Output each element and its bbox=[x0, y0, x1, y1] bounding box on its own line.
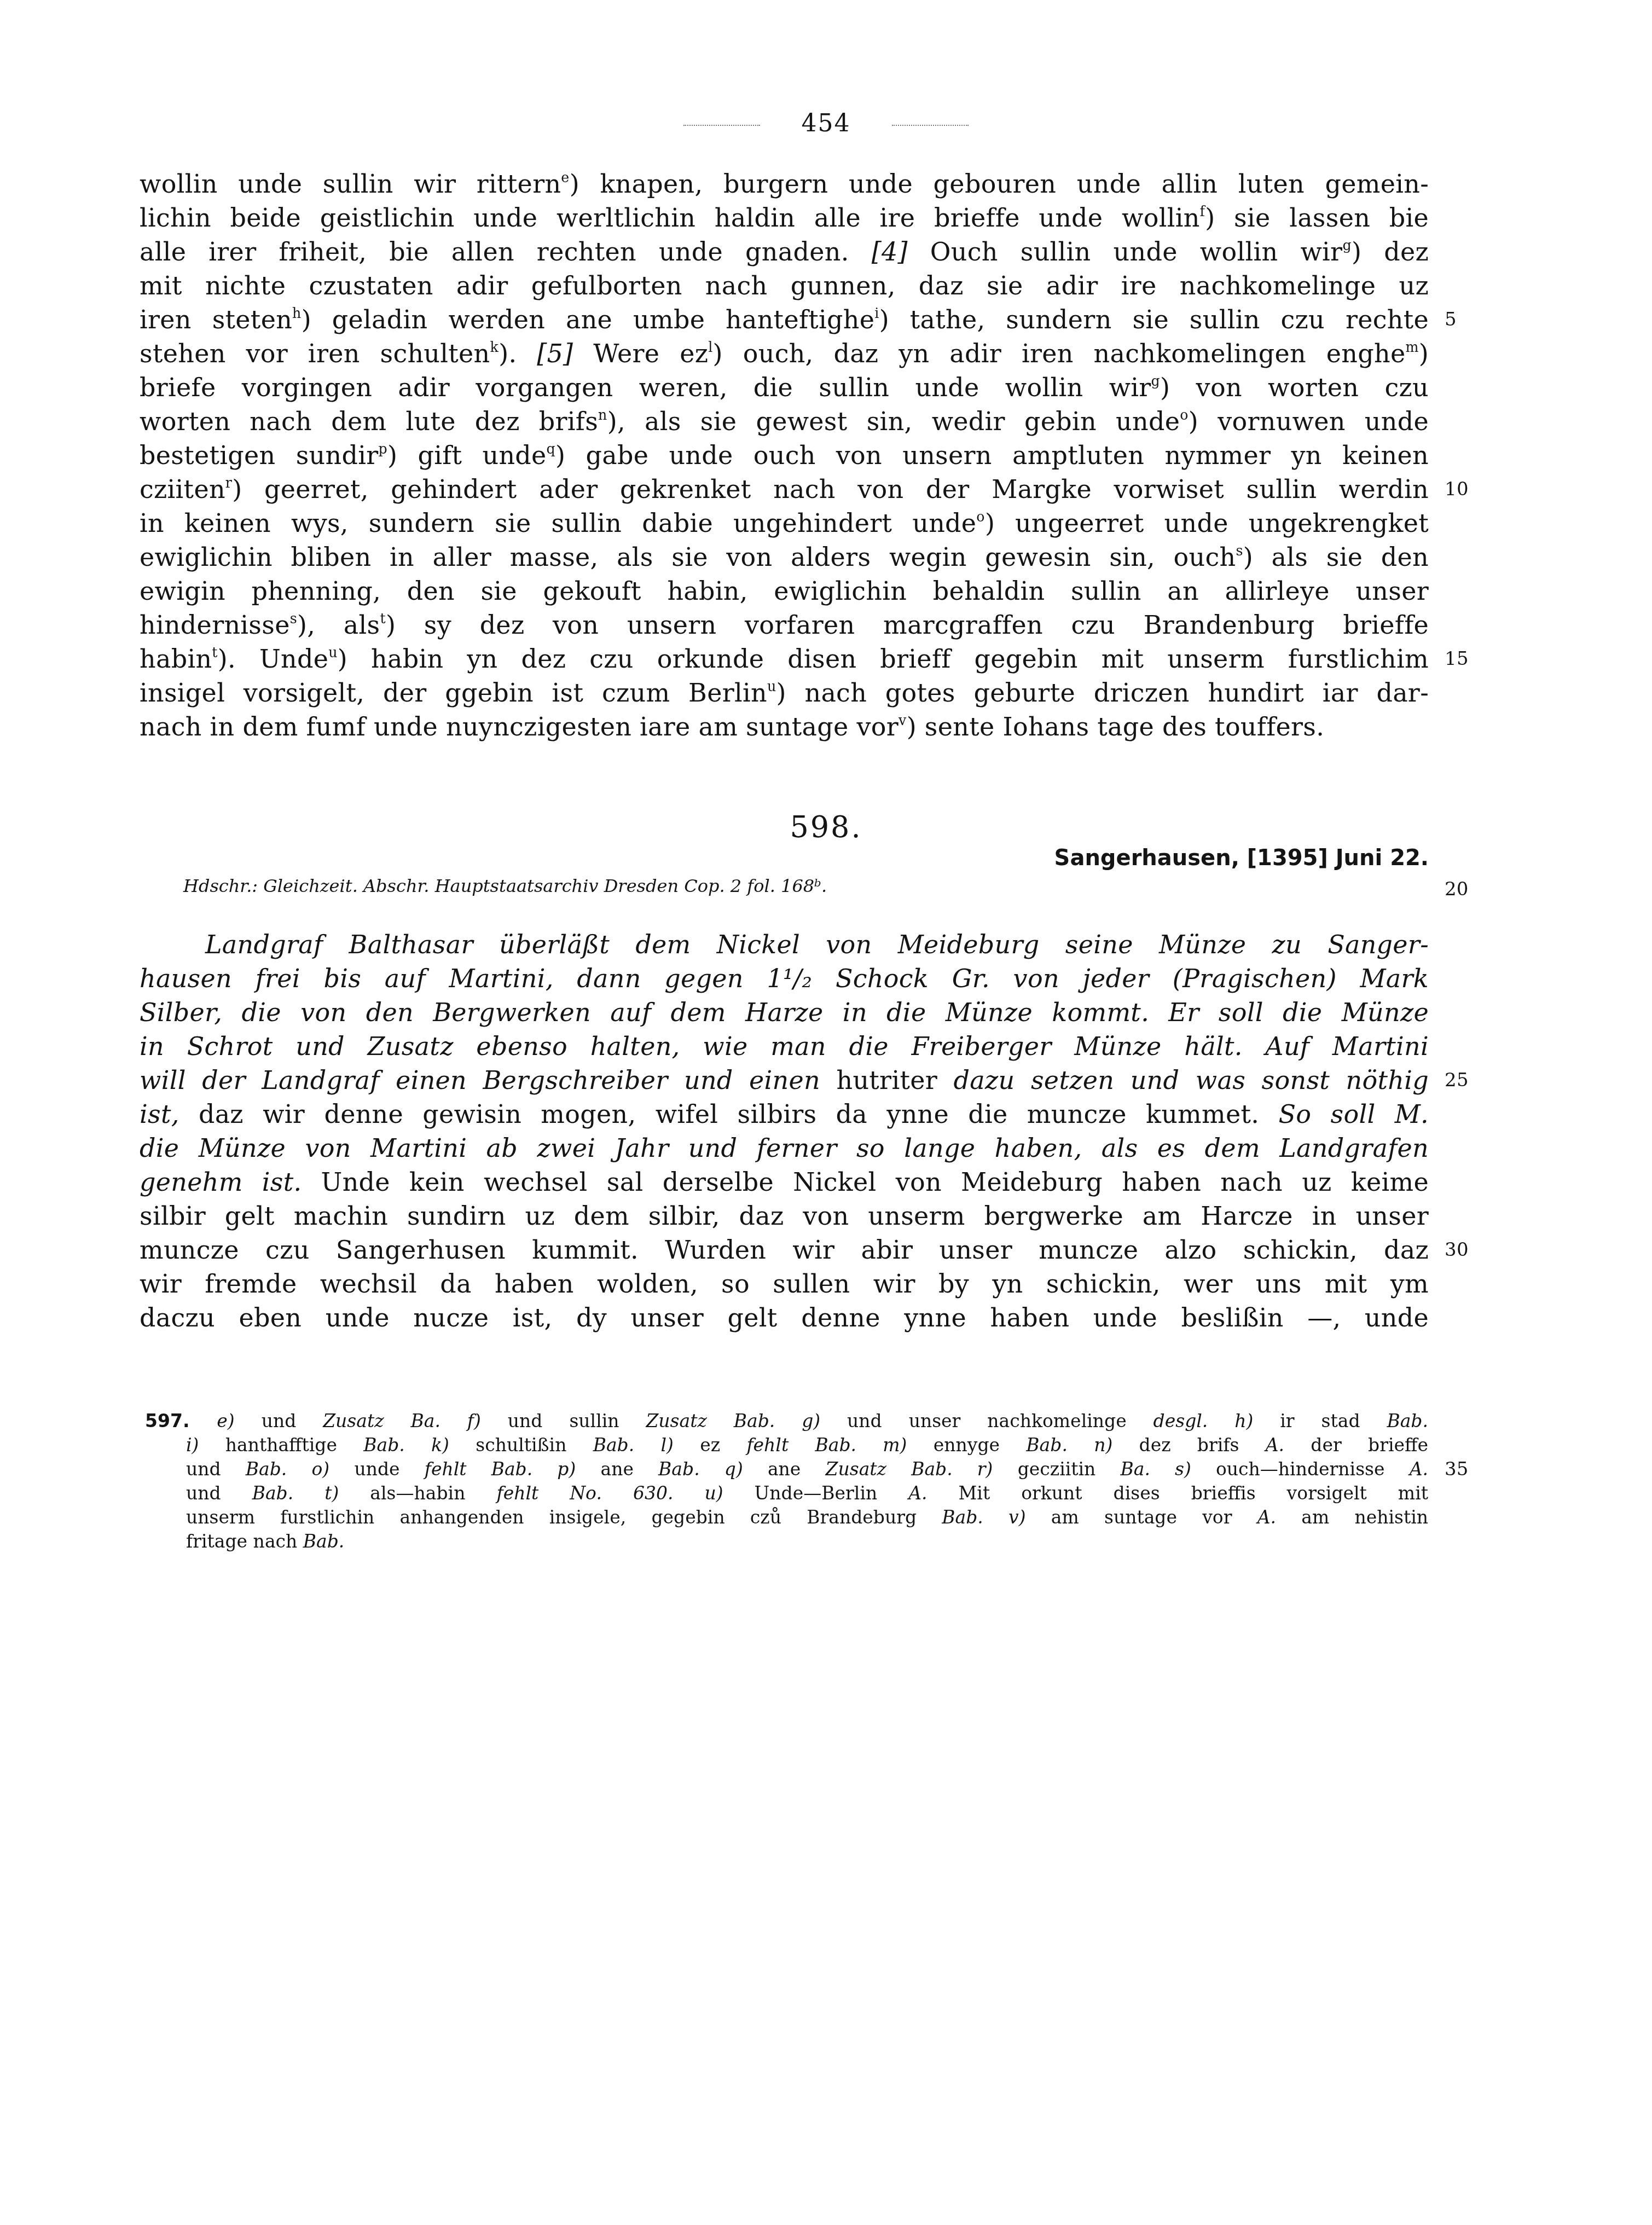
footnote-line: unserm furstlichin anhangenden insigele,… bbox=[186, 1505, 1428, 1529]
text-run: ane bbox=[743, 1458, 826, 1480]
text-run: wollin unde sullin wir rittern bbox=[140, 169, 561, 199]
text-line: bestetigen sundirp) gift undeq) gabe und… bbox=[140, 438, 1429, 472]
text-line: Landgraf Balthasar überläßt dem Nickel v… bbox=[140, 928, 1429, 961]
footnote-marker: e bbox=[561, 170, 569, 186]
text-run: ewiglichin bliben in aller masse, als si… bbox=[140, 542, 1236, 572]
italic-text: A. bbox=[908, 1482, 927, 1504]
text-run: am nehistin bbox=[1276, 1506, 1428, 1528]
text-run bbox=[673, 1482, 704, 1504]
text-run: iren steten bbox=[140, 305, 292, 334]
text-line: ewigin phenning, den sie gekouft habin, … bbox=[140, 574, 1429, 608]
footnote-marker: s bbox=[1236, 543, 1243, 559]
footnote-marker: r bbox=[225, 475, 232, 491]
footnote-line: und Bab. t) als—habin fehlt No. 630. u) … bbox=[186, 1481, 1428, 1505]
header-rule-left bbox=[683, 125, 760, 126]
text-line: iren stetenh) geladin werden ane umbe ha… bbox=[140, 303, 1429, 337]
text-run: ) gabe unde ouch von unsern amptluten ny… bbox=[555, 441, 1429, 470]
italic-text: ist, bbox=[140, 1099, 179, 1129]
footnote-marker: s bbox=[290, 611, 297, 627]
text-line: mit nichte czustaten adir gefulborten na… bbox=[140, 269, 1429, 303]
footnote-marker: q bbox=[547, 441, 556, 457]
text-line: nach in dem fumf unde nuynczigesten iare… bbox=[140, 710, 1429, 744]
text-line: habint). Undeu) habin yn dez czu orkunde… bbox=[140, 642, 1429, 676]
footnote-line: i) hanthafftige Bab. k) schultißin Bab. … bbox=[186, 1433, 1428, 1457]
text-line: Silber, die von den Bergwerken auf dem H… bbox=[140, 995, 1429, 1029]
italic-text: Bab. bbox=[363, 1434, 405, 1456]
text-line: ewiglichin bliben in aller masse, als si… bbox=[140, 540, 1429, 574]
text-run: ir stad bbox=[1253, 1410, 1387, 1432]
text-run: als—habin bbox=[339, 1482, 496, 1504]
footnote-marker: l bbox=[708, 339, 712, 355]
text-run: am suntage vor bbox=[1026, 1506, 1257, 1528]
text-run: briefe vorgingen adir vorgangen weren, d… bbox=[140, 373, 1151, 402]
text-run: insigel vorsigelt, der ggebin ist czum B… bbox=[140, 678, 767, 708]
text-line: wir fremde wechsil da haben wolden, so s… bbox=[140, 1267, 1429, 1301]
italic-text: in Schrot und Zusatz ebenso halten, wie … bbox=[140, 1032, 1429, 1061]
text-line: genehm ist. Unde kein wechsel sal dersel… bbox=[140, 1165, 1429, 1199]
text-run: dez brifs bbox=[1112, 1434, 1265, 1456]
footnote-marker: p bbox=[378, 441, 387, 457]
text-run: ). Unde bbox=[218, 644, 328, 674]
text-run: lichin beide geistlichin unde werltlichi… bbox=[140, 203, 1200, 233]
italic-text: t) bbox=[324, 1482, 339, 1504]
italic-text: i) bbox=[186, 1434, 199, 1456]
text-run: ) dez bbox=[1352, 237, 1429, 266]
italic-text: will der Landgraf einen Bergschreiber un… bbox=[140, 1065, 820, 1095]
text-run: ) sie lassen bie bbox=[1205, 203, 1429, 233]
text-run: ennyge bbox=[907, 1434, 1026, 1456]
italic-text: v) bbox=[1008, 1506, 1026, 1528]
text-line: in Schrot und Zusatz ebenso halten, wie … bbox=[140, 1029, 1429, 1063]
footnote-marker: o bbox=[1180, 407, 1189, 423]
italic-text: Zusatz Ba. bbox=[323, 1410, 440, 1432]
footnote-marker: i bbox=[874, 305, 879, 321]
text-run: bestetigen sundir bbox=[140, 441, 378, 470]
italic-text: u) bbox=[704, 1482, 723, 1504]
italic-text: Ba. bbox=[1120, 1458, 1150, 1480]
text-run: ) nach gotes geburte driczen hundirt iar… bbox=[776, 678, 1429, 708]
text-run: unde bbox=[329, 1458, 424, 1480]
italic-text: r) bbox=[977, 1458, 993, 1480]
text-run: ane bbox=[576, 1458, 658, 1480]
footnote-line: 597. e) und Zusatz Ba. f) und sullin Zus… bbox=[145, 1409, 1428, 1433]
italic-text: die Münze von Martini ab zwei Jahr und f… bbox=[140, 1133, 1429, 1163]
italic-text: fehlt No. 630. bbox=[496, 1482, 673, 1504]
italic-text: fehlt Bab. bbox=[746, 1434, 856, 1456]
text-run: in keinen wys, sundern sie sullin dabie … bbox=[140, 508, 976, 538]
text-run: ) gift unde bbox=[387, 441, 547, 470]
italic-text: So soll M. bbox=[1278, 1099, 1429, 1129]
italic-text: e) bbox=[217, 1410, 234, 1432]
text-run: ) von worten czu bbox=[1160, 373, 1429, 402]
text-line: cziitenr) geerret, gehindert ader gekren… bbox=[140, 472, 1429, 506]
previous-document-text: wollin unde sullin wir ritterne) knapen,… bbox=[140, 167, 1429, 744]
text-run: Unde kein wechsel sal derselbe Nickel vo… bbox=[302, 1167, 1429, 1197]
footnote-marker: m bbox=[1405, 339, 1418, 355]
text-run: ) geladin werden ane umbe hanteftighe bbox=[302, 305, 875, 334]
footnote-marker: h bbox=[292, 305, 302, 321]
document-number: 598. bbox=[0, 810, 1652, 844]
text-line: silbir gelt machin sundirn uz dem silbir… bbox=[140, 1199, 1429, 1233]
text-run bbox=[634, 1434, 660, 1456]
italic-text: hausen frei bis auf Martini, dann gegen … bbox=[140, 964, 1429, 993]
text-line: hindernisses), alst) sy dez von unsern v… bbox=[140, 608, 1429, 642]
italic-text: fehlt Bab. bbox=[425, 1458, 533, 1480]
italic-text: o) bbox=[311, 1458, 329, 1480]
footnote-marker: v bbox=[899, 712, 907, 728]
italic-text: desgl. bbox=[1153, 1410, 1208, 1432]
text-run: daczu eben unde nucze ist, dy unser gelt… bbox=[140, 1303, 1429, 1332]
page-header: 454 bbox=[0, 109, 1652, 137]
text-run: habin bbox=[140, 644, 212, 674]
text-run: ) knapen, burgern unde gebouren unde all… bbox=[570, 169, 1429, 199]
text-run: muncze czu Sangerhusen kummit. Wurden wi… bbox=[140, 1235, 1429, 1265]
text-run: fritage nach bbox=[186, 1531, 303, 1552]
manuscript-source: Hdschr.: Gleichzeit. Abschr. Hauptstaats… bbox=[183, 876, 827, 896]
page-number: 454 bbox=[802, 109, 851, 137]
text-run: ) ungeerret unde ungekrengket bbox=[985, 508, 1429, 538]
text-run: ) bbox=[1419, 339, 1429, 368]
text-line: briefe vorgingen adir vorgangen weren, d… bbox=[140, 370, 1429, 404]
text-run: hutriter bbox=[820, 1065, 954, 1095]
text-line: alle irer friheit, bie allen rechten und… bbox=[140, 235, 1429, 269]
text-run: alle irer friheit, bie allen rechten und… bbox=[140, 237, 872, 266]
text-line: ist, daz wir denne gewisin mogen, wifel … bbox=[140, 1097, 1429, 1131]
text-line: stehen vor iren schultenk). [5] Were ezl… bbox=[140, 337, 1429, 370]
italic-text: Bab. bbox=[942, 1506, 983, 1528]
line-number: 25 bbox=[1445, 1063, 1469, 1097]
italic-text: Silber, die von den Bergwerken auf dem H… bbox=[140, 998, 1429, 1027]
document-page: 454 wollin unde sullin wir ritterne) kna… bbox=[0, 0, 1652, 2225]
italic-text: l) bbox=[660, 1434, 673, 1456]
text-run bbox=[405, 1434, 431, 1456]
footnote-marker: u bbox=[767, 679, 776, 694]
footnote-marker: g bbox=[1342, 237, 1352, 253]
italic-text: k) bbox=[431, 1434, 449, 1456]
text-run: hindernisse bbox=[140, 610, 290, 640]
text-run: und bbox=[186, 1482, 252, 1504]
italic-text: Bab. bbox=[1387, 1410, 1428, 1432]
footnote-document-ref: 597. bbox=[145, 1410, 217, 1432]
document-dateline: Sangerhausen, [1395] Juni 22. bbox=[1054, 845, 1429, 871]
text-run: ). bbox=[499, 339, 537, 368]
italic-text: n) bbox=[1094, 1434, 1112, 1456]
text-run bbox=[983, 1506, 1008, 1528]
text-line: worten nach dem lute dez brifsn), als si… bbox=[140, 404, 1429, 438]
line-number: 15 bbox=[1445, 642, 1469, 676]
italic-text: [4] bbox=[872, 237, 908, 266]
text-line: in keinen wys, sundern sie sullin dabie … bbox=[140, 506, 1429, 540]
text-run bbox=[293, 1482, 324, 1504]
text-run: ) sy dez von unsern vorfaren marcgraffen… bbox=[386, 610, 1429, 640]
italic-text: m) bbox=[883, 1434, 907, 1456]
text-line: die Münze von Martini ab zwei Jahr und f… bbox=[140, 1131, 1429, 1165]
text-run: ) tathe, sundern sie sullin czu rechte bbox=[879, 305, 1429, 334]
italic-text: Landgraf Balthasar überläßt dem Nickel v… bbox=[205, 930, 1429, 959]
text-line: lichin beide geistlichin unde werltlichi… bbox=[140, 201, 1429, 235]
text-run: daz wir denne gewisin mogen, wifel silbi… bbox=[179, 1099, 1279, 1129]
line-number: 20 bbox=[1445, 878, 1468, 900]
footnote-marker: n bbox=[598, 407, 607, 423]
italic-text: Zusatz Bab. bbox=[646, 1410, 775, 1432]
footnote-marker: t bbox=[212, 645, 217, 660]
italic-text: Bab. bbox=[593, 1434, 635, 1456]
text-run: cziiten bbox=[140, 474, 225, 504]
footnote-marker: g bbox=[1151, 373, 1161, 389]
text-run: Were ez bbox=[573, 339, 708, 368]
line-number: 35 bbox=[1445, 1457, 1468, 1481]
text-run: der brieffe bbox=[1284, 1434, 1428, 1456]
line-number: 5 bbox=[1445, 303, 1457, 337]
text-run bbox=[532, 1458, 557, 1480]
italic-text: Bab. bbox=[252, 1482, 294, 1504]
italic-text: p) bbox=[557, 1458, 576, 1480]
text-run: stehen vor iren schulten bbox=[140, 339, 490, 368]
footnote-marker: t bbox=[380, 611, 385, 627]
text-run bbox=[287, 1458, 311, 1480]
text-line: wollin unde sullin wir ritterne) knapen,… bbox=[140, 167, 1429, 201]
text-run: ) ouch, daz yn adir iren nachkomelingen … bbox=[713, 339, 1406, 368]
text-run bbox=[1150, 1458, 1175, 1480]
italic-text: s) bbox=[1175, 1458, 1191, 1480]
footnotes: 597. e) und Zusatz Ba. f) und sullin Zus… bbox=[186, 1409, 1428, 1554]
text-run: ), als sie gewest sin, wedir gebin unde bbox=[607, 407, 1180, 436]
text-run: Ouch sullin unde wollin wir bbox=[908, 237, 1343, 266]
text-run bbox=[440, 1410, 467, 1432]
text-run: und bbox=[235, 1410, 323, 1432]
italic-text: Bab. bbox=[658, 1458, 700, 1480]
text-run: unserm furstlichin anhangenden insigele,… bbox=[186, 1506, 942, 1528]
text-run: wir fremde wechsil da haben wolden, so s… bbox=[140, 1269, 1429, 1299]
text-run: mit nichte czustaten adir gefulborten na… bbox=[140, 271, 1429, 300]
line-number: 30 bbox=[1445, 1233, 1469, 1267]
text-run: Mit orkunt dises brieffis vorsigelt mit bbox=[928, 1482, 1428, 1504]
text-run: ) vornuwen unde bbox=[1189, 407, 1429, 436]
line-number: 10 bbox=[1445, 472, 1469, 506]
text-run: schultißin bbox=[449, 1434, 593, 1456]
text-run: silbir gelt machin sundirn uz dem silbir… bbox=[140, 1201, 1429, 1231]
italic-text: A. bbox=[1266, 1434, 1284, 1456]
text-line: hausen frei bis auf Martini, dann gegen … bbox=[140, 961, 1429, 995]
text-run: Unde—Berlin bbox=[723, 1482, 909, 1504]
text-line: will der Landgraf einen Bergschreiber un… bbox=[140, 1063, 1429, 1097]
footnote-marker: u bbox=[328, 645, 338, 660]
text-run bbox=[953, 1458, 977, 1480]
text-run bbox=[856, 1434, 883, 1456]
text-run: ewigin phenning, den sie gekouft habin, … bbox=[140, 576, 1429, 606]
text-run: ouch—hindernisse bbox=[1191, 1458, 1410, 1480]
italic-text: h) bbox=[1234, 1410, 1253, 1432]
text-line: daczu eben unde nucze ist, dy unser gelt… bbox=[140, 1301, 1429, 1335]
italic-text: f) bbox=[467, 1410, 481, 1432]
text-run: und unser nachkomelinge bbox=[820, 1410, 1153, 1432]
italic-text: dazu setzen und was sonst nöthig bbox=[954, 1065, 1429, 1095]
text-line: insigel vorsigelt, der ggebin ist czum B… bbox=[140, 676, 1429, 710]
footnote-marker: f bbox=[1200, 204, 1205, 219]
italic-text: A. bbox=[1257, 1506, 1276, 1528]
italic-text: A. bbox=[1410, 1458, 1428, 1480]
text-run: hanthafftige bbox=[199, 1434, 363, 1456]
footnote-line: und Bab. o) unde fehlt Bab. p) ane Bab. … bbox=[186, 1457, 1428, 1481]
document-text: Landgraf Balthasar überläßt dem Nickel v… bbox=[140, 928, 1429, 1335]
text-run: nach in dem fumf unde nuynczigesten iare… bbox=[140, 712, 899, 741]
text-run: ez bbox=[674, 1434, 746, 1456]
header-rule-right bbox=[892, 125, 969, 126]
italic-text: q) bbox=[724, 1458, 743, 1480]
text-run: ) habin yn dez czu orkunde disen brieff … bbox=[338, 644, 1429, 674]
text-run: gecziitin bbox=[993, 1458, 1120, 1480]
footnote-line: fritage nach Bab. bbox=[186, 1529, 1428, 1554]
italic-text: Zusatz Bab. bbox=[826, 1458, 953, 1480]
text-run: und bbox=[186, 1458, 246, 1480]
italic-text: genehm ist. bbox=[140, 1167, 302, 1197]
text-run: ) geerret, gehindert ader gekrenket nach… bbox=[232, 474, 1429, 504]
text-run bbox=[1068, 1434, 1094, 1456]
text-run: ), als bbox=[297, 610, 380, 640]
italic-text: Bab. bbox=[1026, 1434, 1068, 1456]
text-run bbox=[1208, 1410, 1234, 1432]
text-run bbox=[700, 1458, 724, 1480]
footnote-marker: o bbox=[976, 509, 985, 525]
text-line: muncze czu Sangerhusen kummit. Wurden wi… bbox=[140, 1233, 1429, 1267]
text-run: worten nach dem lute dez brifs bbox=[140, 407, 598, 436]
text-run bbox=[775, 1410, 802, 1432]
text-run: ) als sie den bbox=[1243, 542, 1429, 572]
footnote-marker: k bbox=[490, 339, 499, 355]
italic-text: [5] bbox=[537, 339, 573, 368]
italic-text: Bab. bbox=[303, 1531, 345, 1552]
text-run: ) sente Iohans tage des touffers. bbox=[907, 712, 1324, 741]
italic-text: Bab. bbox=[246, 1458, 287, 1480]
text-run: und sullin bbox=[481, 1410, 646, 1432]
italic-text: g) bbox=[802, 1410, 820, 1432]
